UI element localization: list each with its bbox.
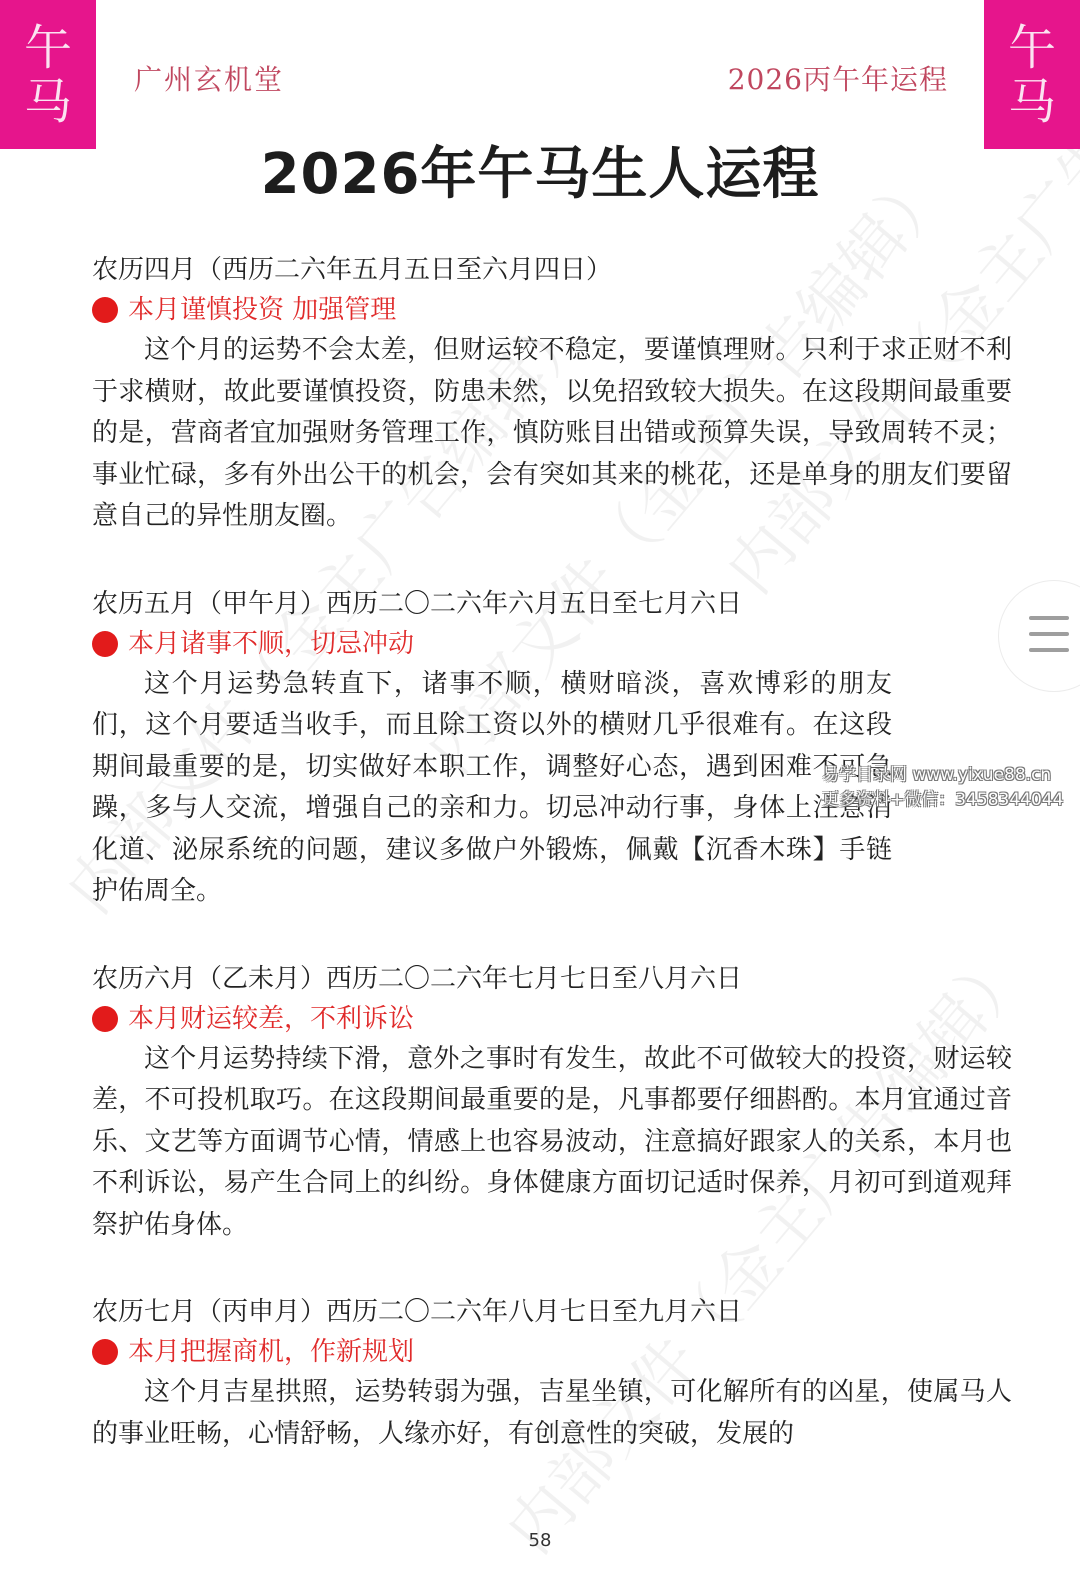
month-section: 农历七月（丙申月）西历二〇二六年八月七日至九月六日 本月把握商机，作新规划 这个… [92, 1292, 1012, 1455]
month-heading: 农历六月（乙未月）西历二〇二六年七月七日至八月六日 [92, 959, 1012, 999]
month-body-text: 这个月运势持续下滑，意外之事时有发生，故此不可做较大的投资，财运较差，不可投机取… [92, 1039, 1012, 1247]
month-section: 农历六月（乙未月）西历二〇二六年七月七日至八月六日 本月财运较差，不利诉讼 这个… [92, 959, 1012, 1247]
page-number: 58 [0, 1530, 1080, 1551]
corner-tab-char: 午 [1008, 21, 1056, 75]
month-theme-text: 本月诸事不顺，切忌冲动 [128, 624, 414, 664]
month-section: 农历五月（甲午月）西历二〇二六年六月五日至七月六日 本月诸事不顺，切忌冲动 这个… [92, 584, 1012, 913]
month-theme-text: 本月财运较差，不利诉讼 [128, 999, 414, 1039]
page-title: 2026年午马生人运程 [0, 130, 1080, 210]
hamburger-menu-icon [1029, 616, 1069, 664]
document-body: 农历四月（西历二六年五月五日至六月四日） 本月谨慎投资 加强管理 这个月的运势不… [92, 250, 1012, 1485]
red-bullet-icon [92, 297, 118, 323]
month-body-text: 这个月运势急转直下，诸事不顺，横财暗淡，喜欢博彩的朋友们，这个月要适当收手，而且… [92, 664, 892, 913]
month-heading: 农历四月（西历二六年五月五日至六月四日） [92, 250, 1012, 290]
month-body-text: 这个月的运势不会太差，但财运较不稳定，要谨慎理财。只利于求正财不利于求横财，故此… [92, 330, 1012, 538]
month-theme: 本月诸事不顺，切忌冲动 [92, 624, 1012, 664]
red-bullet-icon [92, 1006, 118, 1032]
corner-tab-char: 马 [1008, 75, 1056, 129]
month-section: 农历四月（西历二六年五月五日至六月四日） 本月谨慎投资 加强管理 这个月的运势不… [92, 250, 1012, 538]
month-theme: 本月把握商机，作新规划 [92, 1332, 1012, 1372]
running-header-title: 2026丙午年运程 [728, 58, 948, 98]
month-heading: 农历七月（丙申月）西历二〇二六年八月七日至九月六日 [92, 1292, 1012, 1332]
month-theme-text: 本月把握商机，作新规划 [128, 1332, 414, 1372]
month-heading: 农历五月（甲午月）西历二〇二六年六月五日至七月六日 [92, 584, 1012, 624]
corner-tab-char: 马 [24, 75, 72, 129]
month-theme-text: 本月谨慎投资 加强管理 [128, 290, 396, 330]
site-watermark-line: 更多资料+微信：3458344044 [822, 788, 1063, 813]
site-watermark: 易学目录网 www.yixue88.cn 更多资料+微信：3458344044 [822, 763, 1063, 813]
month-theme: 本月财运较差，不利诉讼 [92, 999, 1012, 1039]
month-theme: 本月谨慎投资 加强管理 [92, 290, 1012, 330]
publisher-name: 广州玄机堂 [134, 58, 284, 98]
red-bullet-icon [92, 631, 118, 657]
month-body-text: 这个月吉星拱照，运势转弱为强，吉星坐镇，可化解所有的凶星，使属马人的事业旺畅，心… [92, 1372, 1012, 1455]
red-bullet-icon [92, 1339, 118, 1365]
corner-tab-left: 午 马 [0, 0, 96, 149]
corner-tab-char: 午 [24, 21, 72, 75]
site-watermark-line: 易学目录网 www.yixue88.cn [822, 763, 1063, 788]
corner-tab-right: 午 马 [984, 0, 1080, 149]
